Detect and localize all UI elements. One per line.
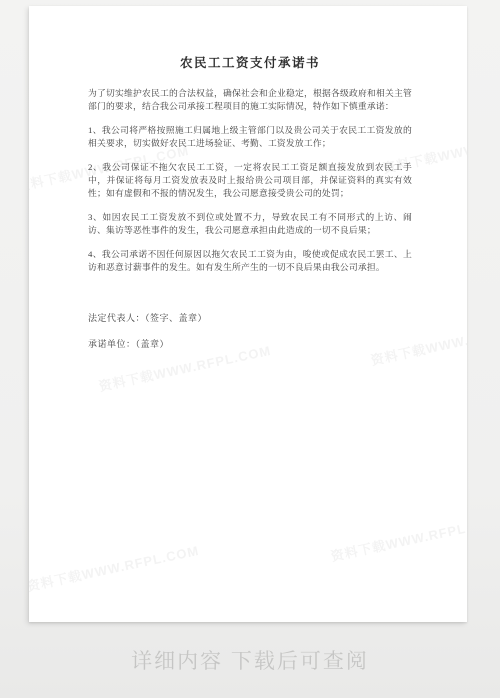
clause-1: 1、我公司将严格按照施工归属地上级主管部门以及贵公司关于农民工工资发放的相关要求… (88, 124, 412, 150)
watermark-text: 资料下载WWW.RFPL.COM (329, 510, 467, 565)
clause-2: 2、我公司保证不拖欠农民工工资，一定将农民工工资足额直接发放到农民工手中，并保证… (88, 161, 412, 200)
signature-block: 法定代表人：（签字、盖章） 承诺单位：（盖章） (88, 312, 412, 351)
document-content: 农民工工资支付承诺书 为了切实维护农民工的合法权益，确保社会和企业稳定，根据各级… (29, 6, 467, 351)
download-notice-bar: 详细内容 下载后可查阅 (0, 622, 500, 698)
committing-unit-line: 承诺单位：（盖章） (88, 338, 412, 351)
intro-paragraph: 为了切实维护农民工的合法权益，确保社会和企业稳定，根据各级政府和相关主管部门的要… (88, 87, 412, 113)
download-notice-text: 详细内容 下载后可查阅 (131, 645, 369, 675)
document-page: 资料下载WWW.RFPL.COM 资料下载WWW.RFPL.COM 资料下载WW… (29, 6, 467, 622)
watermark-text: 资料下载WWW.RFPL.COM (29, 540, 201, 595)
document-preview-canvas: 资料下载WWW.RFPL.COM 资料下载WWW.RFPL.COM 资料下载WW… (0, 0, 500, 698)
document-title: 农民工工资支付承诺书 (88, 53, 412, 71)
legal-representative-line: 法定代表人：（签字、盖章） (88, 312, 412, 325)
clause-4: 4、我公司承诺不因任何原因以拖欠农民工工资为由，唆使或促成农民工罢工、上访和恶意… (88, 248, 412, 274)
clause-3: 3、如因农民工工资发放不到位或处置不力，导致农民工有不同形式的上访、闹访、集访等… (88, 211, 412, 237)
